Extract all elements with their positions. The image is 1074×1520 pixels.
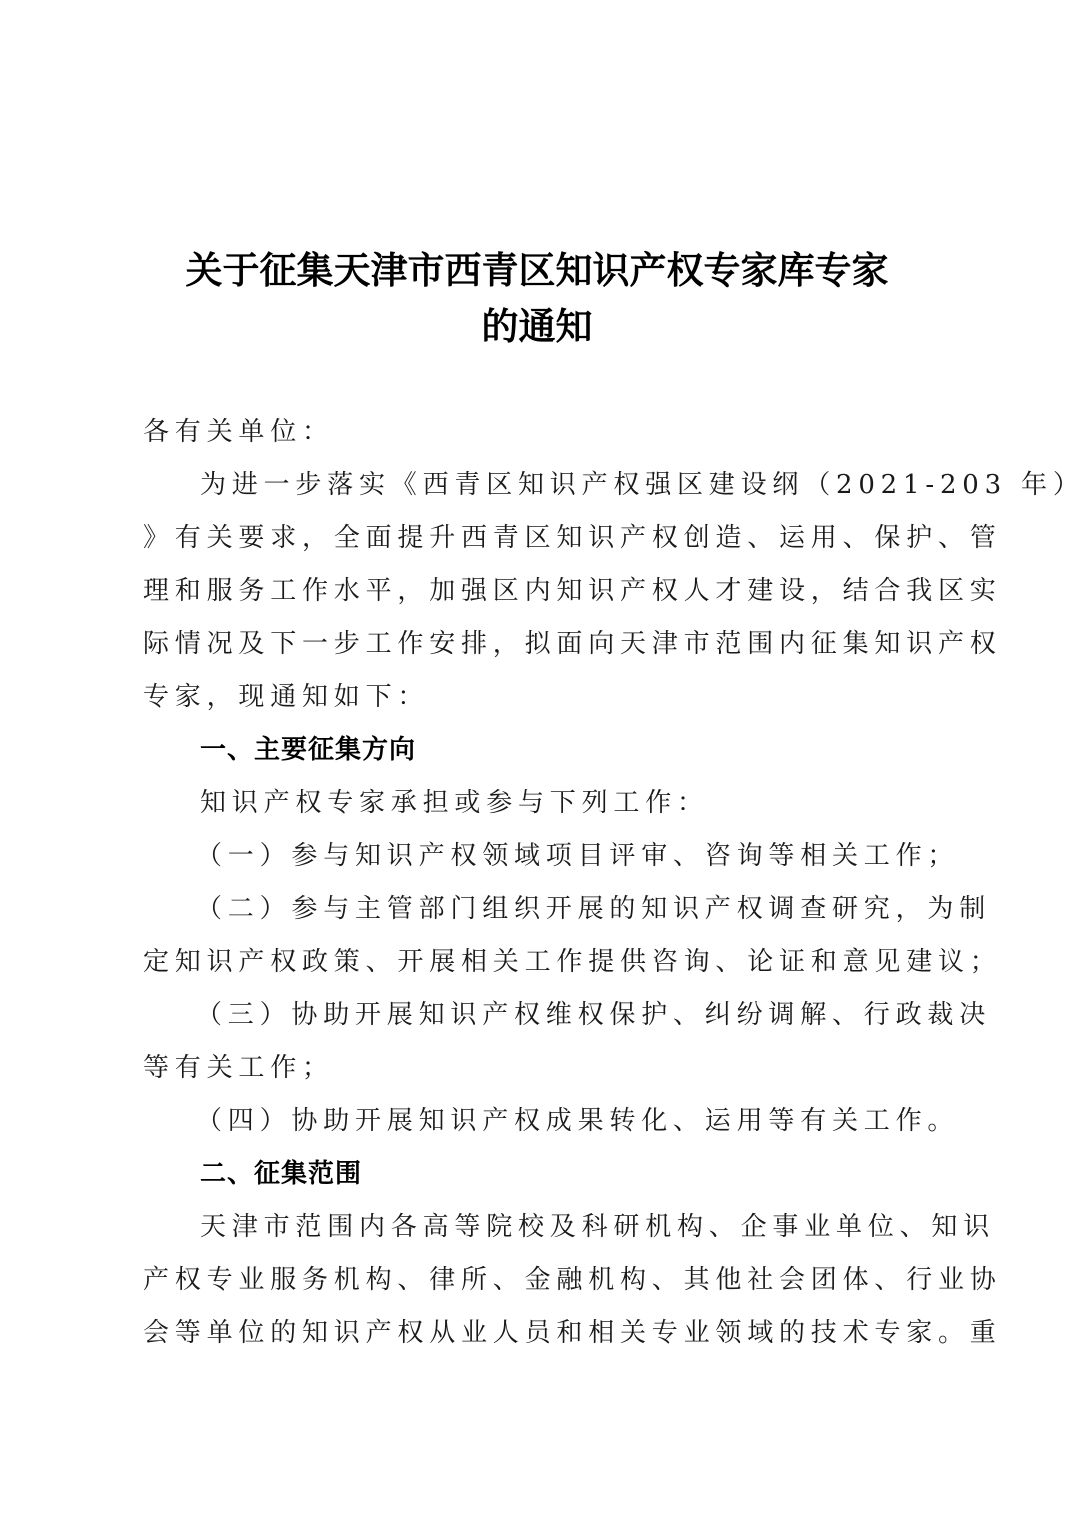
list-item: （二）参与主管部门组织开展的知识产权调查研究，为制 <box>196 891 986 927</box>
intro-line: 际情况及下一步工作安排，拟面向天津市范围内征集知识产权 <box>143 626 933 662</box>
intro-line: 理和服务工作水平，加强区内知识产权人才建设，结合我区实 <box>143 573 933 609</box>
intro-line: 》有关要求，全面提升西青区知识产权创造、运用、保护、管 <box>143 520 933 556</box>
list-item: （三）协助开展知识产权维权保护、纠纷调解、行政裁决 <box>196 997 986 1033</box>
document-page: 关于征集天津市西青区知识产权专家库专家 的通知 各有关单位： 为进一步落实《西青… <box>0 0 1074 1520</box>
paragraph-line: 产权专业服务机构、律所、金融机构、其他社会团体、行业协 <box>143 1262 933 1298</box>
intro-line: 为进一步落实《西青区知识产权强区建设纲（2021-203 年） <box>200 467 990 503</box>
list-item: （四）协助开展知识产权成果转化、运用等有关工作。 <box>196 1103 986 1139</box>
list-item: （一）参与知识产权领域项目评审、咨询等相关工作； <box>196 838 986 874</box>
section-heading-2: 二、征集范围 <box>200 1156 990 1192</box>
section-lead: 知识产权专家承担或参与下列工作： <box>200 785 990 821</box>
salutation: 各有关单位： <box>143 414 933 450</box>
document-title-line-2: 的通知 <box>0 300 1074 352</box>
intro-line: 专家，现通知如下： <box>143 679 933 715</box>
section-heading-1: 一、主要征集方向 <box>200 732 990 768</box>
document-title-line-1: 关于征集天津市西青区知识产权专家库专家 <box>0 244 1074 296</box>
list-item-continuation: 等有关工作； <box>143 1050 933 1086</box>
paragraph-line: 会等单位的知识产权从业人员和相关专业领域的技术专家。重 <box>143 1315 933 1351</box>
list-item-continuation: 定知识产权政策、开展相关工作提供咨询、论证和意见建议； <box>143 944 933 980</box>
paragraph-line: 天津市范围内各高等院校及科研机构、企事业单位、知识 <box>200 1209 990 1245</box>
